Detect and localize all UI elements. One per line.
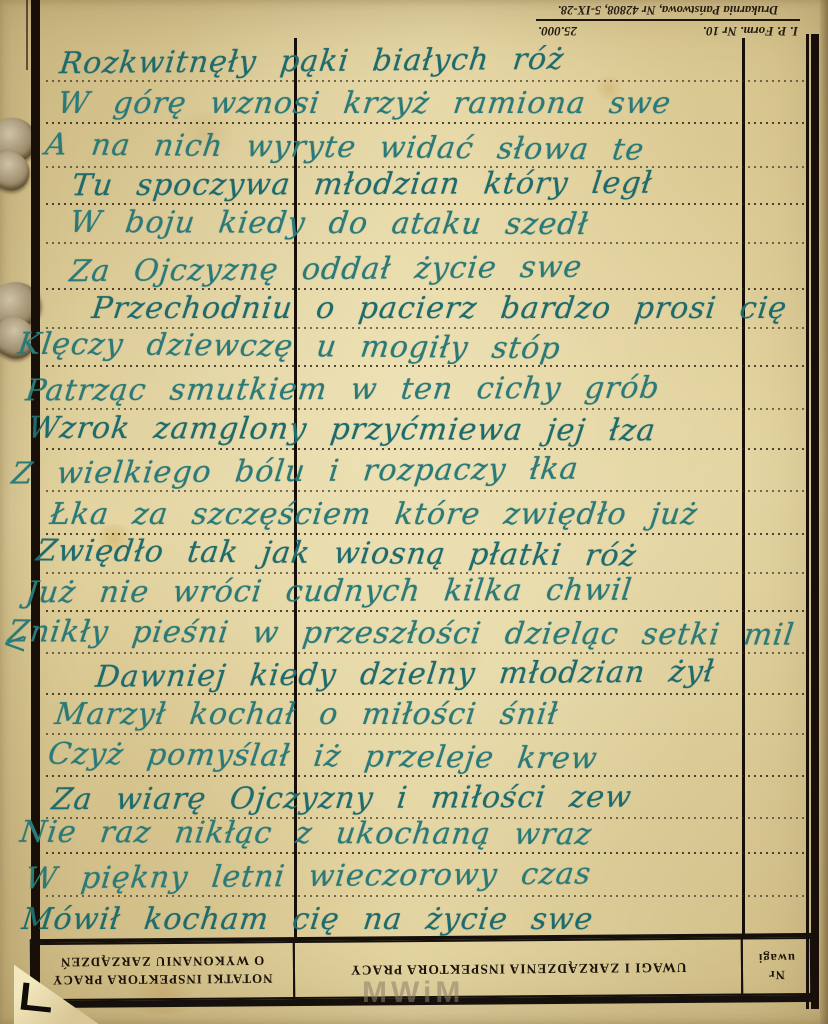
paper-crease (26, 0, 28, 70)
ruled-line (46, 490, 804, 492)
handwriting-line: A na nich wyryte widać słowa te (43, 127, 647, 167)
print-run-label: 25.000. (538, 23, 577, 39)
footer-right-line1: Nr (758, 966, 795, 983)
handwriting-line: Z wielkiego bólu i rozpaczy łka (10, 452, 581, 492)
handwriting-line: Zwiędło tak jak wiosną płatki róż (34, 533, 639, 573)
form-number-label: I. P. Form. Nr 10. (703, 23, 798, 39)
footer-left-line2: O WYKONANIU ZARZĄDZEŃ (52, 953, 273, 972)
scanned-form-page: I. P. Form. Nr 10. 25.000. Drukarnia Pań… (0, 0, 828, 1024)
handwriting-line: Czyż pomyślał iż przeleje krew (46, 737, 600, 777)
handwriting-line: Dawniej kiedy dzielny młodzian żył (94, 654, 717, 694)
handwriting-line: Klęczy dziewczę u mogiły stóp (16, 327, 563, 367)
ruled-line (46, 408, 804, 410)
page-right-edge (820, 0, 828, 1024)
footer-left-line1: NOTATKI INSPEKTORA PRACY (52, 970, 273, 989)
footer-right-box: Nr uwagi (741, 937, 812, 996)
footer-left-box: NOTATKI INSPEKTORA PRACY O WYKONANIU ZAR… (30, 941, 295, 1001)
watermark: MWiM (362, 976, 464, 1010)
handwriting-line: Za Ojczyznę oddał życie swe (68, 250, 585, 289)
handwriting-line: W piękny letni wieczorowy czas (24, 857, 593, 897)
table-right-border-inner (806, 34, 809, 1009)
table-right-border (811, 34, 819, 1009)
ruled-line (46, 852, 804, 854)
ruled-line (46, 122, 804, 124)
table-left-border (31, 0, 40, 1008)
fold-border-mark (21, 983, 54, 1013)
handwriting-line: Nie raz nikłąc z ukochaną wraz (18, 815, 594, 852)
handwriting-line: Rozkwitnęły pąki białych róż (58, 42, 566, 81)
ruled-line (46, 733, 804, 735)
handwriting-line: Już nie wróci cudnych kilka chwil (24, 573, 635, 611)
handwriting-line: Za wiarę Ojczyzny i miłości zew (50, 780, 634, 818)
handwriting-line: Patrząc smutkiem w ten cichy grób (24, 371, 662, 409)
footer-right-line2: uwagi (758, 949, 795, 966)
handwriting-line: Znikły pieśni w przeszłości dzieląc setk… (6, 614, 797, 652)
handwriting-line: Tu spoczywa młodzian który legł (70, 166, 655, 204)
handwriting-line: W górę wznosi krzyż ramiona swe (56, 86, 673, 121)
handwriting-line: W boju kiedy do ataku szedł (68, 205, 591, 242)
table-right-divider (742, 38, 745, 938)
ruled-line (46, 242, 804, 244)
footer-middle-box: UWAGI I ZARZĄDZENIA INSPEKTORA PRACY (293, 937, 743, 999)
handwriting-line: Wzrok zamglony przyćmiewa jej łza (26, 411, 658, 449)
margin-caret-mark: < (2, 626, 27, 661)
printed-header: I. P. Form. Nr 10. 25.000. Drukarnia Pań… (536, 2, 800, 40)
handwriting-line: Łka za szczęściem które zwiędło już (48, 497, 700, 532)
handwriting-line: Mówił kocham cię na życie swe (20, 902, 596, 937)
printer-imprint: Drukarnia Państwowa, Nr 42808, 5-IX-28. (536, 2, 800, 19)
ruled-line (46, 365, 804, 367)
ruled-line (46, 448, 804, 450)
ruled-line (46, 610, 804, 612)
ruled-line (46, 775, 804, 777)
handwriting-line: Przechodniu o pacierz bardzo prosi cię (90, 291, 789, 326)
printed-header-rule (536, 19, 800, 21)
handwriting-line: Marzył kochał o miłości śnił (53, 697, 561, 732)
ruled-line (46, 895, 804, 897)
